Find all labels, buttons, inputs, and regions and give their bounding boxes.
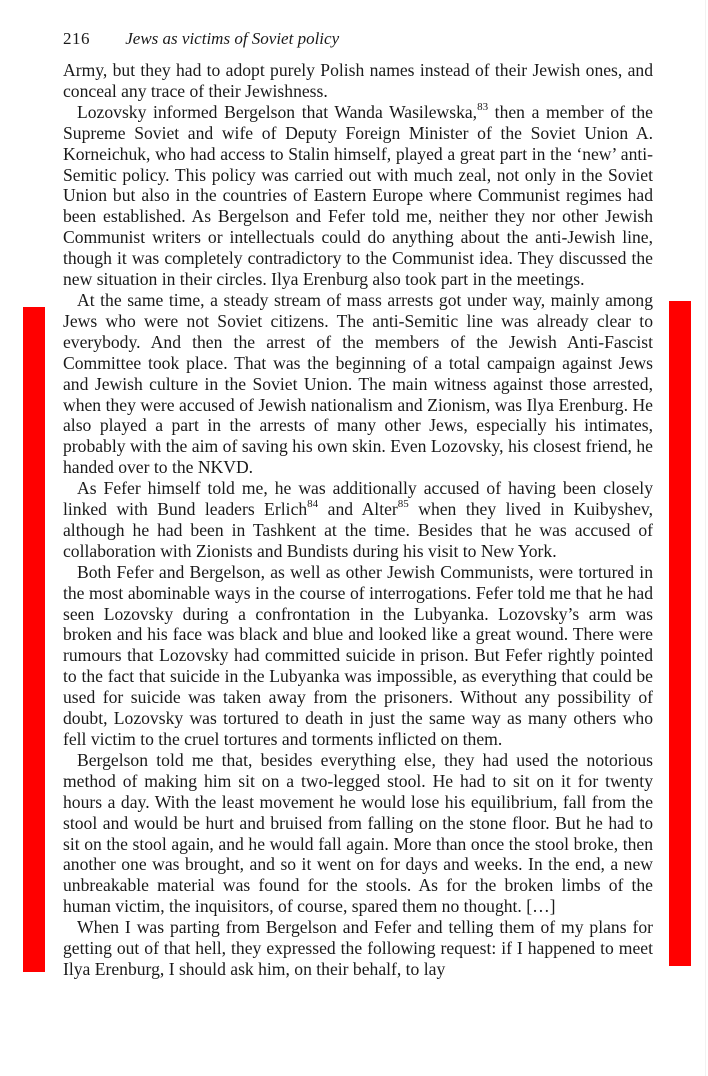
paragraph: Lozovsky informed Bergelson that Wanda W… — [63, 102, 653, 290]
text-run: Both Fefer and Bergelson, as well as oth… — [63, 562, 653, 749]
paragraph: Army, but they had to adopt purely Polis… — [63, 60, 653, 102]
text-run: Bergelson told me that, besides everythi… — [63, 750, 653, 916]
highlight-bar-right — [669, 301, 691, 966]
running-title: Jews as victims of Soviet policy — [125, 29, 339, 48]
text-run: When I was parting from Bergelson and Fe… — [63, 917, 653, 979]
footnote-ref: 83 — [477, 101, 488, 113]
paragraph: Both Fefer and Bergelson, as well as oth… — [63, 562, 653, 750]
page-number: 216 — [63, 28, 121, 50]
text-run: Army, but they had to adopt purely Polis… — [63, 60, 653, 101]
text-run: and Alter — [318, 499, 398, 519]
paragraph: As Fefer himself told me, he was additio… — [63, 478, 653, 562]
paragraph: At the same time, a steady stream of mas… — [63, 290, 653, 478]
paragraph: Bergelson told me that, besides everythi… — [63, 750, 653, 917]
text-run: At the same time, a steady stream of mas… — [63, 290, 653, 477]
paragraph: When I was parting from Bergelson and Fe… — [63, 917, 653, 980]
body-text: Army, but they had to adopt purely Polis… — [63, 60, 653, 980]
highlight-bar-left — [23, 307, 45, 972]
text-run: then a member of the Supreme Soviet and … — [63, 102, 653, 289]
footnote-ref: 85 — [398, 498, 409, 510]
page-edge-line — [705, 0, 706, 1076]
text-run: Lozovsky informed Bergelson that Wanda W… — [77, 102, 477, 122]
page-header: 216 Jews as victims of Soviet policy — [63, 28, 339, 50]
footnote-ref: 84 — [307, 498, 318, 510]
